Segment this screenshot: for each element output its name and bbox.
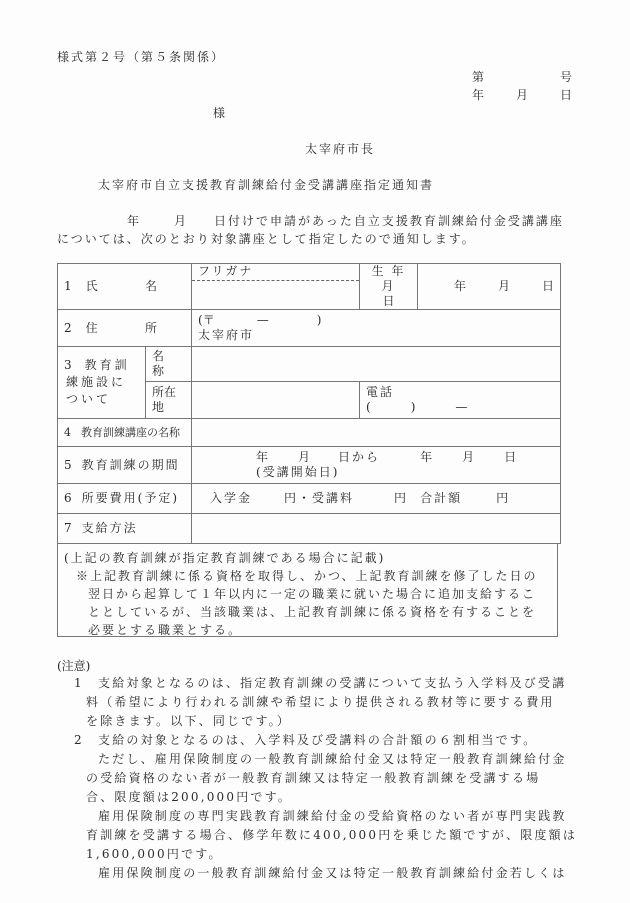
facility-location-input[interactable]: [192, 382, 360, 419]
row-facility-name: 3教育訓 練施設に ついて 名 称: [58, 347, 561, 382]
form-number: 様式第２号（第５条関係）: [57, 48, 225, 65]
issuer: 太宰府市長: [305, 140, 375, 157]
name-label-cell: 1氏 名: [58, 264, 192, 310]
intro-month: 月: [174, 212, 186, 229]
addressee-suffix: 様: [213, 104, 225, 121]
period-input-cell[interactable]: 年月日から年月日 (受講開始日): [192, 447, 561, 484]
payment-method-input[interactable]: [192, 514, 561, 544]
cost-label: 6所要費用(予定): [58, 484, 192, 514]
designated-training-note: (上記の教育訓練が指定教育訓練である場合に記載) ※上記教育訓練に係る資格を取得…: [57, 543, 558, 637]
doc-number-suffix: 号: [560, 68, 572, 85]
row-period: 5教育訓練の期間 年月日から年月日 (受講開始日): [58, 447, 561, 484]
note-line: を除きます。以下、同じです。）: [86, 712, 291, 732]
notes-heading: (注意): [57, 657, 90, 674]
address-label-cell: 2住 所: [58, 310, 192, 347]
note-line: ただし、雇用保険制度の一般教育訓練給付金又は特定一般教育訓練給付金: [98, 750, 567, 770]
cost-input-cell[interactable]: 入学金円・受講料円合計額円: [192, 484, 561, 514]
intro-line1: 日付けで申請があった自立支援教育訓練給付金受講講座: [214, 212, 564, 229]
facility-name-input[interactable]: [192, 347, 561, 382]
note-line: 1,600,000円です。: [86, 845, 223, 865]
payment-method-label: 7支給方法: [58, 514, 192, 544]
note-line: 1 支給対象となるのは、指定教育訓練の受講について支払う入学料及び受講: [74, 674, 566, 694]
row-payment-method: 7支給方法: [58, 514, 561, 544]
address-input-cell[interactable]: (〒—) 太宰府市: [192, 310, 561, 347]
birthdate-input-cell[interactable]: 年 月 日: [418, 264, 561, 310]
note-line: 雇用保険制度の一般教育訓練給付金又は特定一般教育訓練給付金若しくは: [98, 864, 567, 884]
note-line: の受給資格のない者が一般教育訓練又は特定一般教育訓練を受講する場: [86, 769, 540, 789]
facility-name-label: 名 称: [146, 347, 192, 382]
date-month-label: 月: [516, 86, 528, 103]
note-line: 料（希望により行われる訓練や希望により提供される教材等に要する費用: [86, 693, 555, 713]
date-year-label: 年: [472, 86, 484, 103]
note-line: 2 支給の対象となるのは、入学料及び受講料の合計額の６割相当です。: [74, 731, 537, 751]
note-line: 育訓練を受講する場合、修学年数に400,000円を乗じた額ですが、限度額は: [86, 826, 577, 846]
course-name-input[interactable]: [192, 419, 561, 447]
course-name-label: 4教育訓練講座の名称: [58, 419, 192, 447]
notice-table: 1氏 名 フリガナ 生 年 月 日 年 月 日 2住 所 (〒—): [57, 263, 561, 544]
row-name: 1氏 名 フリガナ 生 年 月 日 年 月 日: [58, 264, 561, 310]
date-day-label: 日: [560, 86, 572, 103]
name-input-cell[interactable]: フリガナ: [192, 264, 360, 310]
doc-number-prefix: 第: [472, 68, 484, 85]
row-course-name: 4教育訓練講座の名称: [58, 419, 561, 447]
furigana-label: フリガナ: [192, 264, 359, 281]
period-label: 5教育訓練の期間: [58, 447, 192, 484]
intro-line2: については、次のとおり対象講座として指定したので通知します。: [57, 230, 476, 247]
birthdate-label-cell: 生 年 月 日: [360, 264, 418, 310]
row-cost: 6所要費用(予定) 入学金円・受講料円合計額円: [58, 484, 561, 514]
row-address: 2住 所 (〒—) 太宰府市: [58, 310, 561, 347]
document-title: 太宰府市自立支援教育訓練給付金受講講座指定通知書: [98, 176, 434, 193]
facility-location-label: 所在地: [146, 382, 192, 419]
facility-phone-cell[interactable]: 電話 ()—: [360, 382, 561, 419]
intro-year: 年: [127, 212, 139, 229]
note-line: 雇用保険制度の専門実践教育訓練給付金の受給資格のない者が専門実践教: [98, 807, 567, 827]
note-line: 合、限度額は200,000円です。: [86, 788, 292, 808]
facility-label-cell: 3教育訓 練施設に ついて: [58, 347, 146, 419]
